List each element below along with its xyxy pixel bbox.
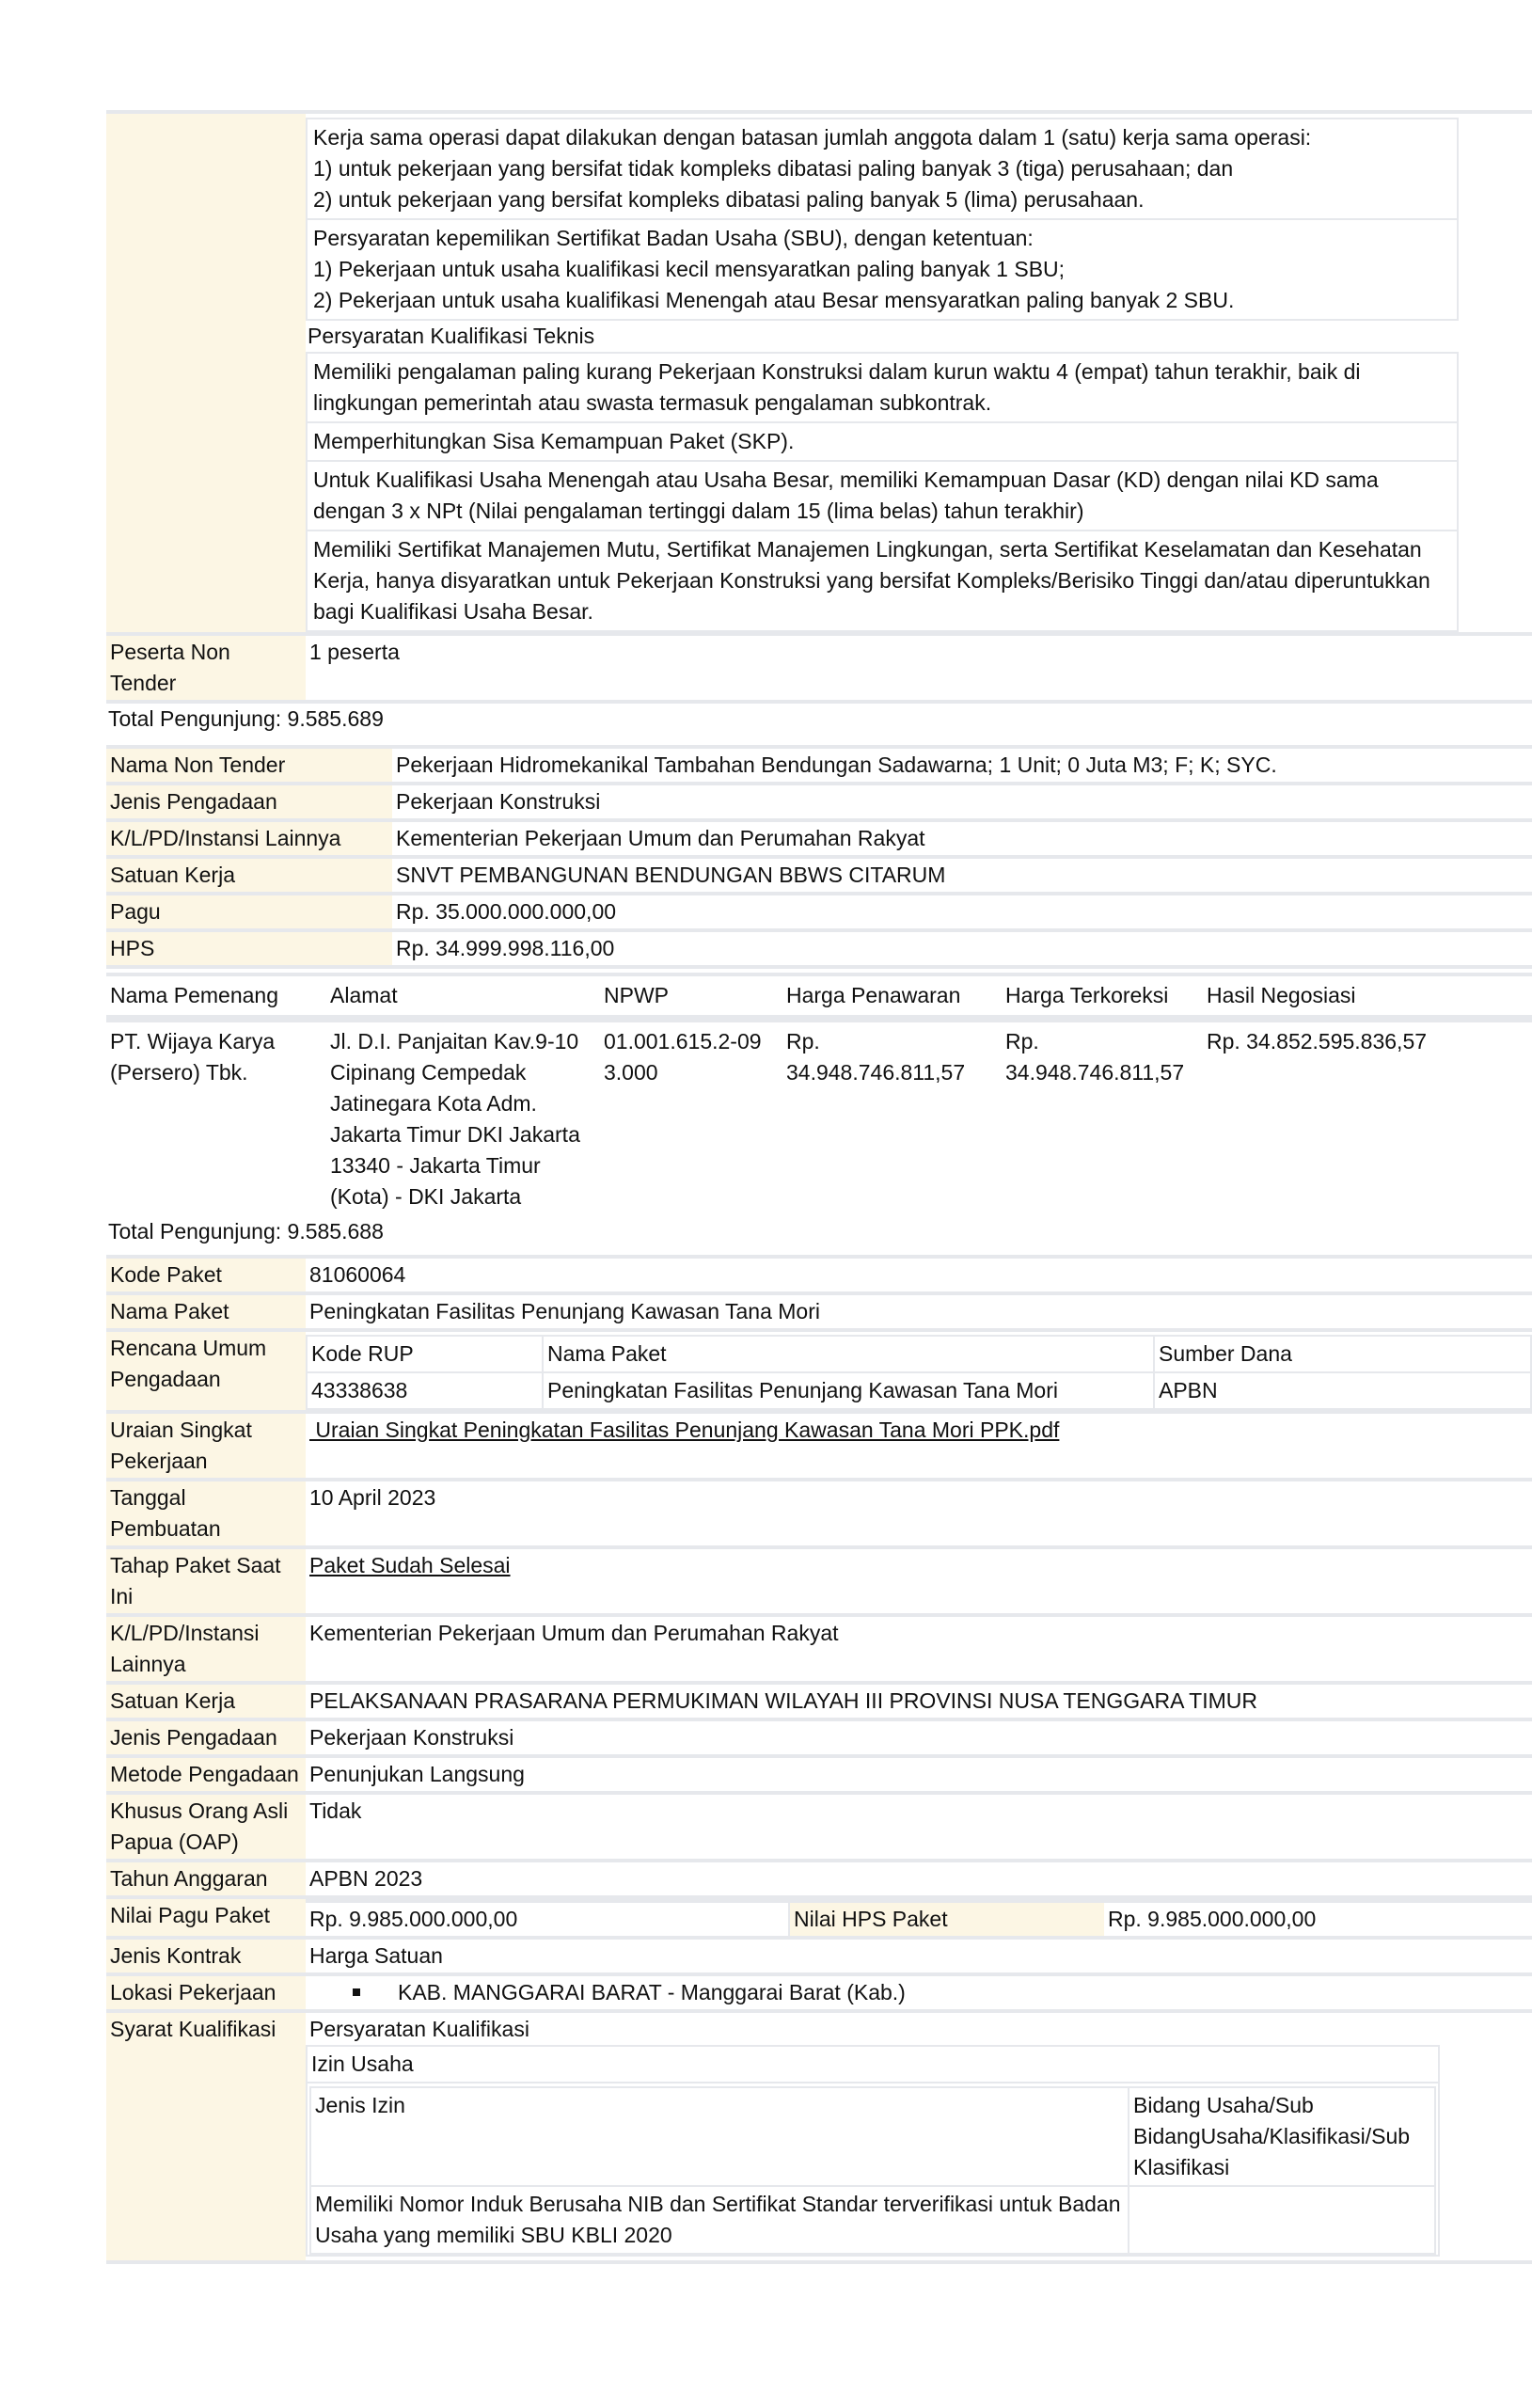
syarat-label: Syarat Kualifikasi	[106, 2009, 306, 2264]
harga-terkoreksi: Rp. 34.948.746.811,57	[1002, 1019, 1203, 1216]
izin-usaha-table: Izin Usaha Jenis Izin Bidang Usaha/Sub B…	[306, 2045, 1440, 2257]
winner-table: Nama Pemenang Alamat NPWP Harga Penawara…	[106, 973, 1532, 1216]
oap-label: Khusus Orang Asli Papua (OAP)	[106, 1791, 306, 1859]
syarat-heading: Persyaratan Kualifikasi	[306, 2014, 1532, 2045]
winner-header: NPWP	[600, 976, 782, 1019]
total-pengunjung: Total Pengunjung: 9.585.688	[106, 1216, 1532, 1247]
uraian-pdf-link[interactable]: Uraian Singkat Peningkatan Fasilitas Pen…	[309, 1418, 1059, 1442]
rup-table: Kode RUP Nama Paket Sumber Dana 43338638…	[306, 1335, 1532, 1410]
tanggal-value: 10 April 2023	[306, 1478, 1532, 1545]
klpd-label: K/L/PD/Instansi Lainnya	[106, 818, 392, 855]
rup-label: Rencana Umum Pengadaan	[106, 1328, 306, 1410]
tahap-link[interactable]: Paket Sudah Selesai	[309, 1553, 511, 1577]
nama-non-tender-value: Pekerjaan Hidromekanikal Tambahan Bendun…	[392, 745, 1532, 782]
qualification-cell: Kerja sama operasi dapat dilakukan denga…	[306, 110, 1532, 632]
jenis-pengadaan-label: Jenis Pengadaan	[106, 1718, 306, 1754]
hasil-negosiasi: Rp. 34.852.595.836,57	[1203, 1019, 1532, 1216]
izin-header: Jenis Izin	[311, 2088, 1128, 2185]
winner-row: PT. Wijaya Karya (Persero) Tbk. Jl. D.I.…	[106, 1019, 1532, 1216]
winner-header: Harga Terkoreksi	[1002, 976, 1203, 1019]
hps-value: Rp. 9.985.000.000,00	[1104, 1899, 1532, 1936]
kontrak-value: Harga Satuan	[306, 1936, 1532, 1972]
rup-header: Kode RUP	[308, 1337, 542, 1371]
winner-header: Alamat	[326, 976, 600, 1019]
lokasi-label: Lokasi Pekerjaan	[106, 1972, 306, 2009]
pagu-label: Nilai Pagu Paket	[106, 1895, 306, 1936]
nama-paket-label: Nama Paket	[106, 1291, 306, 1328]
section1-table: Kerja sama operasi dapat dilakukan denga…	[106, 110, 1532, 735]
metode-value: Penunjukan Langsung	[306, 1754, 1532, 1791]
winner-name: PT. Wijaya Karya (Persero) Tbk.	[106, 1019, 326, 1216]
kode-paket-value: 81060064	[306, 1255, 1532, 1291]
klpd-value: Kementerian Pekerjaan Umum dan Perumahan…	[392, 818, 1532, 855]
izin-detail-table: Jenis Izin Bidang Usaha/Sub BidangUsaha/…	[309, 2086, 1436, 2255]
satuan-kerja-value: SNVT PEMBANGUNAN BENDUNGAN BBWS CITARUM	[392, 855, 1532, 892]
pagu-hps-table: Rp. 9.985.000.000,00 Nilai HPS Paket Rp.…	[306, 1899, 1532, 1936]
rup-header: Sumber Dana	[1153, 1337, 1530, 1371]
jenis-pengadaan-value: Pekerjaan Konstruksi	[392, 782, 1532, 818]
nama-paket-value: Peningkatan Fasilitas Penunjang Kawasan …	[306, 1291, 1532, 1328]
izin-jenis: Memiliki Nomor Induk Berusaha NIB dan Se…	[311, 2185, 1128, 2253]
klpd-label: K/L/PD/Instansi Lainnya	[106, 1613, 306, 1681]
requirement-teknis: Memiliki pengalaman paling kurang Pekerj…	[308, 354, 1457, 421]
winner-header: Harga Penawaran	[782, 976, 1002, 1019]
jenis-pengadaan-value: Pekerjaan Konstruksi	[306, 1718, 1532, 1754]
jenis-pengadaan-label: Jenis Pengadaan	[106, 782, 392, 818]
hps-label: Nilai HPS Paket	[788, 1899, 1104, 1936]
tanggal-label: Tanggal Pembuatan	[106, 1478, 306, 1545]
pagu-label: Pagu	[106, 892, 392, 928]
bullet-icon	[353, 1988, 360, 1996]
rup-nama-paket: Peningkatan Fasilitas Penunjang Kawasan …	[542, 1371, 1153, 1408]
requirement-teknis: Memperhitungkan Sisa Kemampuan Paket (SK…	[308, 421, 1457, 460]
satuan-kerja-label: Satuan Kerja	[106, 855, 392, 892]
section3-table: Kode Paket81060064 Nama PaketPeningkatan…	[106, 1255, 1532, 2264]
section1-label-empty	[106, 110, 306, 632]
peserta-label: Peserta Non Tender	[106, 632, 306, 700]
nama-non-tender-label: Nama Non Tender	[106, 745, 392, 782]
teknis-requirements-table: Memiliki pengalaman paling kurang Pekerj…	[306, 352, 1459, 632]
general-requirements-table: Kerja sama operasi dapat dilakukan denga…	[306, 118, 1459, 321]
rup-kode: 43338638	[308, 1371, 542, 1408]
winner-header: Nama Pemenang	[106, 976, 326, 1019]
requirement-kso: Kerja sama operasi dapat dilakukan denga…	[308, 119, 1457, 218]
izin-header: Bidang Usaha/Sub BidangUsaha/Klasifikasi…	[1128, 2088, 1434, 2185]
pagu-value: Rp. 35.000.000.000,00	[392, 892, 1532, 928]
teknis-heading: Persyaratan Kualifikasi Teknis	[306, 321, 1532, 352]
tahap-label: Tahap Paket Saat Ini	[106, 1545, 306, 1613]
harga-penawaran: Rp. 34.948.746.811,57	[782, 1019, 1002, 1216]
winner-address: Jl. D.I. Panjaitan Kav.9-10 Cipinang Cem…	[326, 1019, 600, 1216]
lokasi-value: KAB. MANGGARAI BARAT - Manggarai Barat (…	[398, 1980, 906, 2004]
oap-value: Tidak	[306, 1791, 1532, 1859]
uraian-label: Uraian Singkat Pekerjaan	[106, 1410, 306, 1478]
klpd-value: Kementerian Pekerjaan Umum dan Perumahan…	[306, 1613, 1532, 1681]
satker-value: PELAKSANAAN PRASARANA PERMUKIMAN WILAYAH…	[306, 1681, 1532, 1718]
kode-paket-label: Kode Paket	[106, 1255, 306, 1291]
izin-heading: Izin Usaha	[308, 2047, 1438, 2082]
winner-header: Hasil Negosiasi	[1203, 976, 1532, 1019]
peserta-value: 1 peserta	[306, 632, 1532, 700]
winner-npwp: 01.001.615.2-093.000	[600, 1019, 782, 1216]
tahun-label: Tahun Anggaran	[106, 1859, 306, 1895]
satker-label: Satuan Kerja	[106, 1681, 306, 1718]
pagu-value: Rp. 9.985.000.000,00	[306, 1899, 788, 1936]
metode-label: Metode Pengadaan	[106, 1754, 306, 1791]
requirement-teknis: Memiliki Sertifikat Manajemen Mutu, Sert…	[308, 530, 1457, 630]
tahun-value: APBN 2023	[306, 1859, 1532, 1895]
section2-table: Nama Non TenderPekerjaan Hidromekanikal …	[106, 745, 1532, 1247]
requirement-sbu: Persyaratan kepemilikan Sertifikat Badan…	[308, 218, 1457, 319]
requirement-teknis: Untuk Kualifikasi Usaha Menengah atau Us…	[308, 460, 1457, 530]
kontrak-label: Jenis Kontrak	[106, 1936, 306, 1972]
rup-sumber-dana: APBN	[1153, 1371, 1530, 1408]
izin-bidang	[1128, 2185, 1434, 2253]
rup-header: Nama Paket	[542, 1337, 1153, 1371]
total-pengunjung: Total Pengunjung: 9.585.689	[106, 700, 1532, 735]
hps-value: Rp. 34.999.998.116,00	[392, 928, 1532, 965]
hps-label: HPS	[106, 928, 392, 965]
